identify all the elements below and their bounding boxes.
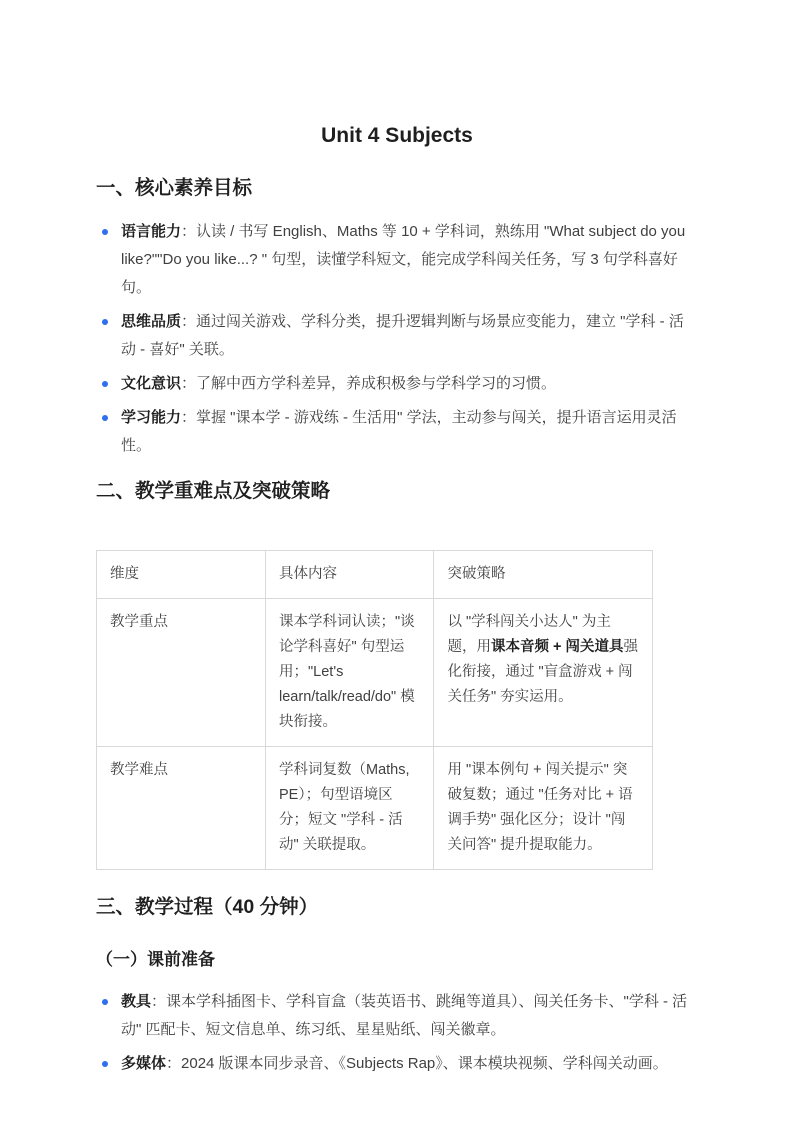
bullet-text: ：通过闯关游戏、学科分类，提升逻辑判断与场景应变能力，建立 "学科 - 活动 -… [121, 313, 684, 358]
column-header-strategy: 突破策略 [434, 551, 653, 599]
bullet-dot-icon [102, 415, 108, 421]
list-item: 语言能力：认读 / 书写 English、Maths 等 10 + 学科词，熟练… [96, 218, 698, 302]
section-heading-key-points: 二、教学重难点及突破策略 [96, 480, 698, 503]
table-header-row: 维度 具体内容 突破策略 [97, 551, 653, 599]
bullet-label: 多媒体 [121, 1055, 166, 1072]
preparation-list: 教具：课本学科插图卡、学科盲盒（装英语书、跳绳等道具）、闯关任务卡、"学科 - … [96, 988, 698, 1078]
list-item: 文化意识：了解中西方学科差异，养成积极参与学科学习的习惯。 [96, 370, 698, 398]
bullet-text: ：掌握 "课本学 - 游戏练 - 生活用" 学法，主动参与闯关，提升语言运用灵活… [121, 409, 677, 454]
cell-strategy: 用 "课本例句 + 闯关提示" 突破复数；通过 "任务对比 + 语调手势" 强化… [434, 747, 653, 870]
bullet-text: ：2024 版课本同步录音、《Subjects Rap》、课本模块视频、学科闯关… [166, 1055, 668, 1072]
strategy-text-bold: 课本音频 + 闯关道具 [491, 639, 624, 655]
cell-content: 课本学科词认读；"谈论学科喜好" 句型运用；"Let's learn/talk/… [266, 599, 434, 747]
bullet-text: ：认读 / 书写 English、Maths 等 10 + 学科词，熟练用 "W… [121, 223, 685, 296]
cell-content: 学科词复数（Maths, PE）；句型语境区分；短文 "学科 - 活动" 关联提… [266, 747, 434, 870]
cell-dimension: 教学重点 [97, 599, 266, 747]
bullet-dot-icon [102, 381, 108, 387]
cell-strategy: 以 "学科闯关小达人" 为主题，用课本音频 + 闯关道具强化衔接，通过 "盲盒游… [434, 599, 653, 747]
bullet-label: 教具 [121, 993, 151, 1010]
bullet-text: ：课本学科插图卡、学科盲盒（装英语书、跳绳等道具）、闯关任务卡、"学科 - 活动… [121, 993, 687, 1038]
list-item: 学习能力：掌握 "课本学 - 游戏练 - 生活用" 学法，主动参与闯关，提升语言… [96, 404, 698, 460]
list-item: 思维品质：通过闯关游戏、学科分类，提升逻辑判断与场景应变能力，建立 "学科 - … [96, 308, 698, 364]
list-item: 多媒体：2024 版课本同步录音、《Subjects Rap》、课本模块视频、学… [96, 1050, 698, 1078]
table-row: 教学重点 课本学科词认读；"谈论学科喜好" 句型运用；"Let's learn/… [97, 599, 653, 747]
column-header-dimension: 维度 [97, 551, 266, 599]
key-points-table: 维度 具体内容 突破策略 教学重点 课本学科词认读；"谈论学科喜好" 句型运用；… [96, 550, 653, 870]
bullet-dot-icon [102, 319, 108, 325]
bullet-dot-icon [102, 229, 108, 235]
document-title: Unit 4 Subjects [96, 124, 698, 148]
bullet-label: 语言能力 [121, 223, 181, 240]
section-heading-core-goals: 一、核心素养目标 [96, 177, 698, 200]
cell-dimension: 教学难点 [97, 747, 266, 870]
bullet-dot-icon [102, 1061, 108, 1067]
bullet-text: ：了解中西方学科差异，养成积极参与学科学习的习惯。 [181, 375, 556, 392]
bullet-label: 学习能力 [121, 409, 181, 426]
bullet-label: 文化意识 [121, 375, 181, 392]
bullet-label: 思维品质 [121, 313, 181, 330]
section-heading-process: 三、教学过程（40 分钟） [96, 896, 698, 919]
list-item: 教具：课本学科插图卡、学科盲盒（装英语书、跳绳等道具）、闯关任务卡、"学科 - … [96, 988, 698, 1044]
bullet-dot-icon [102, 999, 108, 1005]
document-page: Unit 4 Subjects 一、核心素养目标 语言能力：认读 / 书写 En… [0, 0, 794, 1123]
strategy-text: 用 "课本例句 + 闯关提示" 突破复数；通过 "任务对比 + 语调手势" 强化… [447, 762, 632, 853]
subsection-heading-preparation: （一）课前准备 [96, 949, 698, 970]
core-goals-list: 语言能力：认读 / 书写 English、Maths 等 10 + 学科词，熟练… [96, 218, 698, 460]
column-header-content: 具体内容 [266, 551, 434, 599]
table-row: 教学难点 学科词复数（Maths, PE）；句型语境区分；短文 "学科 - 活动… [97, 747, 653, 870]
